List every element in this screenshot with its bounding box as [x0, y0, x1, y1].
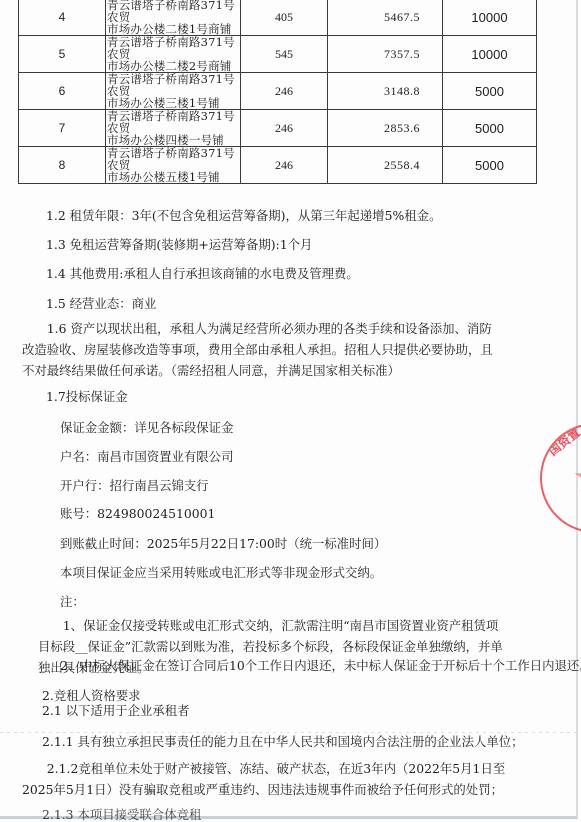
address-line: 青云谱塔子桥南路371号农贸: [107, 147, 240, 171]
lot-deposit: 10000: [443, 36, 537, 73]
seal-star-icon: ★: [572, 455, 581, 501]
lot-address: 青云谱塔子桥南路371号农贸市场办公楼二楼2号商铺: [106, 36, 241, 73]
lot-rent: 2558.4: [328, 147, 443, 184]
lease-term: 1.2 租赁年限：3年(不包含免租运营筹备期)，从第三年起递增5%租金。: [46, 209, 441, 223]
section-2-1-3: 2.1.3 本项目接受联合体竞租: [42, 808, 201, 822]
lot-rent: 7357.5: [328, 36, 443, 73]
address-line: 青云谱塔子桥南路371号农贸: [107, 110, 240, 134]
lot-number: 7: [19, 110, 106, 147]
lot-address: 青云谱塔子桥南路371号农贸市场办公楼三楼1号铺: [106, 73, 241, 110]
section-2-1-1: 2.1.1 具有独立承担民事责任的能力且在中华人民共和国境内合法注册的企业法人单…: [42, 735, 524, 749]
table-row: 5 青云谱塔子桥南路371号农贸市场办公楼二楼2号商铺 545 7357.5 1…: [19, 36, 537, 73]
lot-address: 青云谱塔子桥南路371号农贸市场办公楼二楼1号商铺: [106, 0, 241, 36]
lot-deposit: 5000: [443, 73, 537, 110]
company-seal: 国资置 ★: [540, 423, 581, 533]
address-line: 市场办公楼五楼1号铺: [107, 171, 240, 183]
lot-rent: 2853.6: [328, 110, 443, 147]
asset-condition-paragraph: 1.6 资产以现状出租，承租人为满足经营所必须办理的各类手续和设备添加、消防改造…: [22, 318, 504, 381]
address-line: 青云谱塔子桥南路371号农贸: [107, 73, 240, 97]
address-line: 青云谱塔子桥南路371号农贸: [107, 0, 240, 23]
lot-number: 8: [19, 147, 106, 184]
deposit-deadline: 到账截止时间：2025年5月22日17:00时（统一标准时间）: [60, 537, 386, 551]
lot-deposit: 5000: [443, 110, 537, 147]
section-2-title: 2.竞租人资格要求: [42, 689, 141, 703]
address-line: 市场办公楼二楼1号商铺: [107, 23, 240, 35]
payment-form: 本项目保证金应当采用转账或电汇形式等非现金形式交纳。: [60, 566, 382, 580]
lot-number: 5: [19, 36, 106, 73]
document-page: 4 青云谱塔子桥南路371号农贸市场办公楼二楼1号商铺 405 5467.5 1…: [0, 0, 578, 819]
lot-area: 545: [241, 36, 328, 73]
table-row: 6 青云谱塔子桥南路371号农贸市场办公楼三楼1号铺 246 3148.8 50…: [19, 73, 537, 110]
table-row: 7 青云谱塔子桥南路371号农贸市场办公楼四楼一号铺 246 2853.6 50…: [19, 110, 537, 147]
lot-rent: 3148.8: [328, 73, 443, 110]
lot-area: 405: [241, 0, 328, 36]
address-line: 市场办公楼三楼1号铺: [107, 97, 240, 109]
deposit-amount: 保证金金额：详见各标段保证金: [60, 421, 233, 435]
section-2-1: 2.1 以下适用于企业承租者: [42, 704, 190, 718]
bank-branch: 开户行：招行南昌云锦支行: [60, 479, 209, 493]
other-fees: 1.4 其他费用:承租人自行承担该商铺的水电费及管理费。: [46, 267, 359, 281]
lot-address: 青云谱塔子桥南路371号农贸市场办公楼五楼1号铺: [106, 147, 241, 184]
lot-deposit: 10000: [443, 0, 537, 36]
lease-lots-table: 4 青云谱塔子桥南路371号农贸市场办公楼二楼1号商铺 405 5467.5 1…: [18, 0, 537, 184]
account-number: 账号：824980024510001: [60, 507, 215, 521]
lot-deposit: 5000: [443, 147, 537, 184]
business-type: 1.5 经营业态：商业: [46, 297, 156, 311]
rent-free-period: 1.3 免租运营筹备期(装修期+运营筹备期):1个月: [46, 238, 312, 252]
table-row: 8 青云谱塔子桥南路371号农贸市场办公楼五楼1号铺 246 2558.4 50…: [19, 147, 537, 184]
lot-number: 6: [19, 73, 106, 110]
address-line: 市场办公楼四楼一号铺: [107, 134, 240, 146]
lot-area: 246: [241, 73, 328, 110]
lot-address: 青云谱塔子桥南路371号农贸市场办公楼四楼一号铺: [106, 110, 241, 147]
note-2: 2、中标人保证金在签订合同后10个工作日内退还，未中标人保证金于开标后十个工作日…: [60, 659, 581, 673]
address-line: 青云谱塔子桥南路371号农贸: [107, 36, 240, 60]
lot-number: 4: [19, 0, 106, 36]
lot-area: 246: [241, 110, 328, 147]
lot-rent: 5467.5: [328, 0, 443, 36]
address-line: 市场办公楼二楼2号商铺: [107, 60, 240, 72]
bid-deposit-heading: 1.7投标保证金: [46, 390, 128, 404]
note-label: 注：: [60, 595, 85, 609]
table-row: 4 青云谱塔子桥南路371号农贸市场办公楼二楼1号商铺 405 5467.5 1…: [19, 0, 537, 36]
lot-area: 246: [241, 147, 328, 184]
seal-text: 国资置: [545, 424, 581, 460]
section-2-1-2: 2.1.2竞租单位未处于财产被接管、冻结、破产状态，在近3年内（2022年5月1…: [22, 758, 508, 800]
account-name: 户名：南昌市国资置业有限公司: [60, 450, 233, 464]
scan-artifact: [0, 732, 576, 733]
